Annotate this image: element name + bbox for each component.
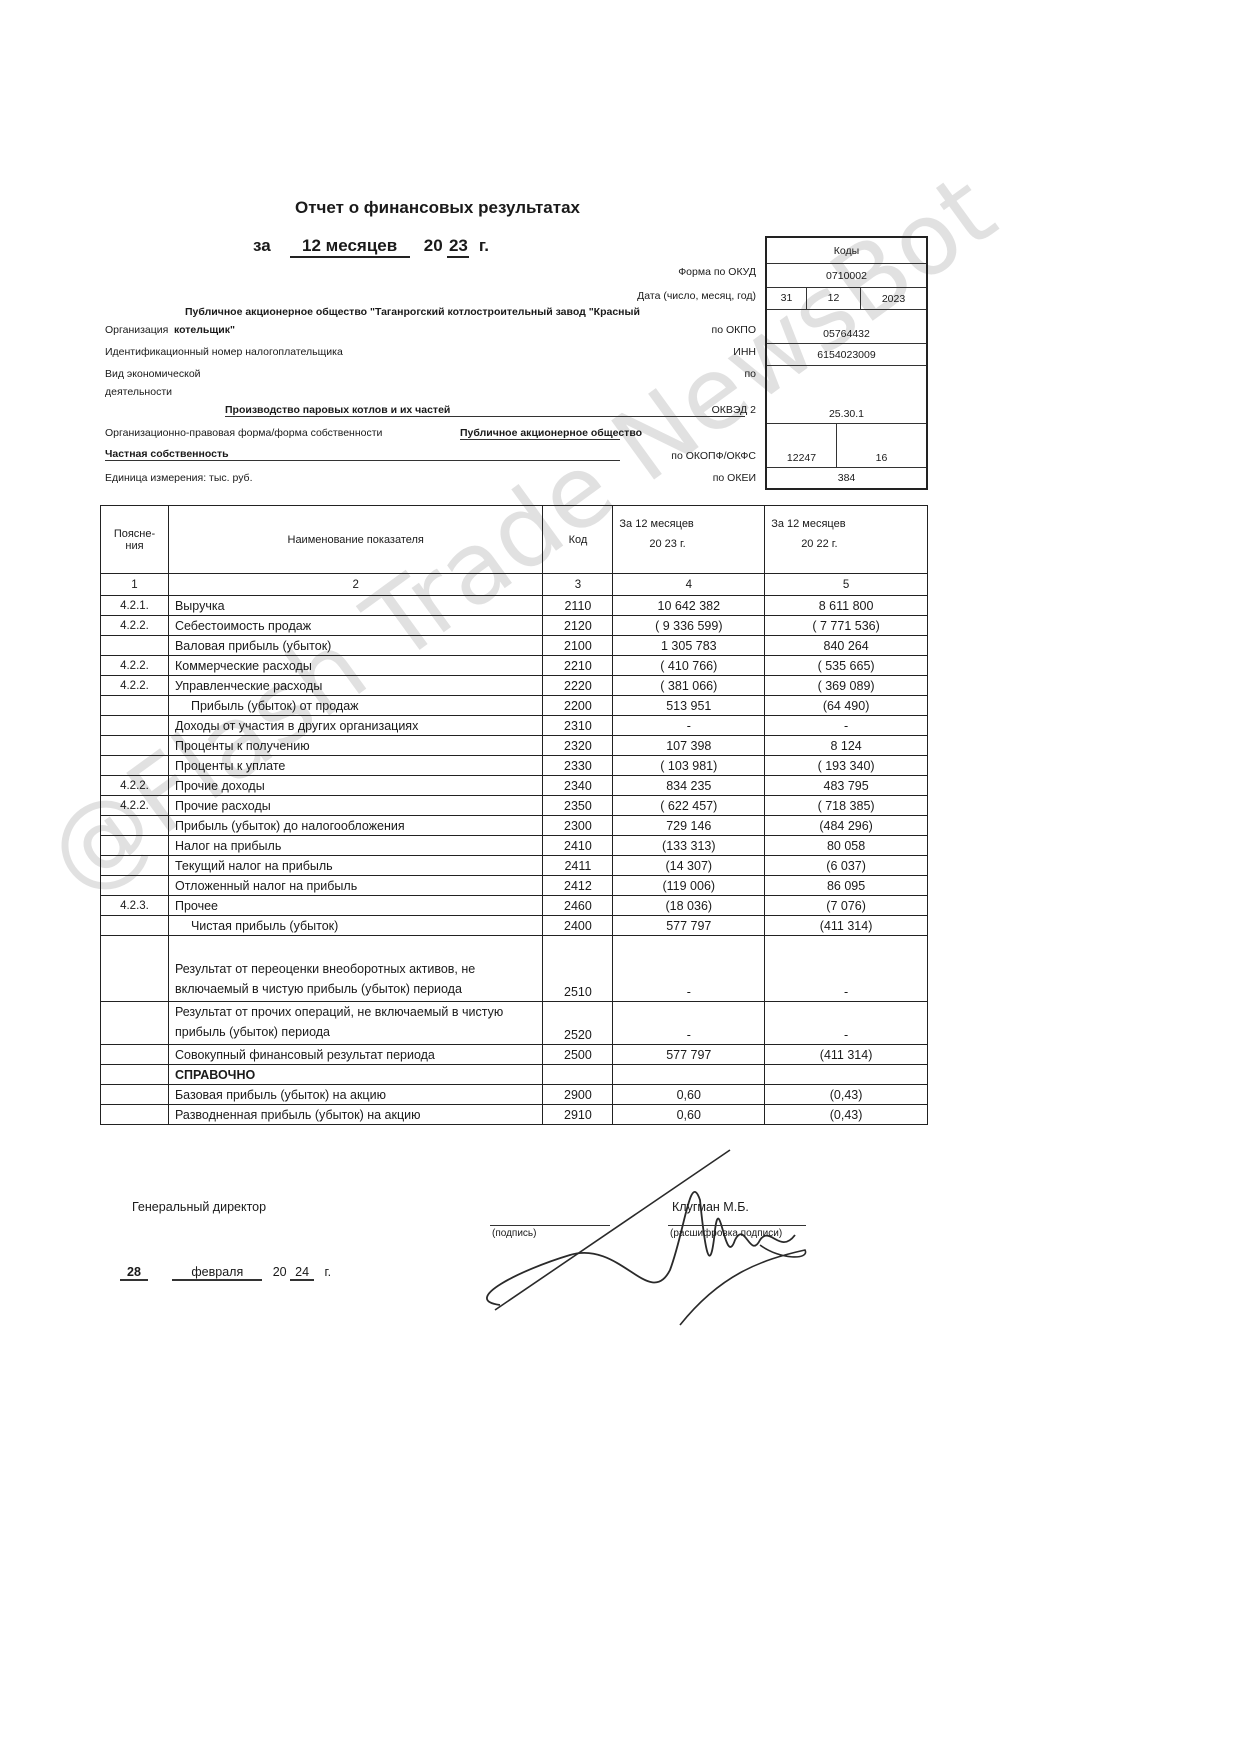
- legal-form-label: Организационно-правовая форма/форма собс…: [105, 427, 382, 439]
- table-row: Проценты к уплате2330( 103 981)( 193 340…: [101, 756, 928, 776]
- name-caption: (расшифровка подписи): [670, 1228, 782, 1239]
- signature-scribble: [400, 1110, 820, 1330]
- activity-label-2: деятельности: [105, 386, 172, 398]
- row-previous-value: ( 7 771 536): [765, 616, 928, 636]
- row-note: 4.2.2.: [101, 676, 169, 696]
- row-note: [101, 876, 169, 896]
- row-current-value: 577 797: [613, 1045, 765, 1065]
- row-name: Управленческие расходы: [168, 676, 542, 696]
- okud-code: 0710002: [826, 270, 867, 282]
- row-name: Отложенный налог на прибыль: [168, 876, 542, 896]
- header-previous-line1: За 12 месяцев: [771, 514, 921, 534]
- signer-position: Генеральный директор: [132, 1200, 266, 1214]
- row-note: [101, 756, 169, 776]
- row-current-value: 577 797: [613, 916, 765, 936]
- row-code: [543, 1065, 613, 1085]
- date-month: 12: [807, 288, 861, 309]
- table-row: Доходы от участия в других организациях2…: [101, 716, 928, 736]
- table-row: 4.2.2.Управленческие расходы2220( 381 06…: [101, 676, 928, 696]
- row-note: 4.2.2.: [101, 796, 169, 816]
- inn-code: 6154023009: [817, 349, 875, 361]
- row-previous-value: 80 058: [765, 836, 928, 856]
- row-current-value: 513 951: [613, 696, 765, 716]
- row-note: [101, 696, 169, 716]
- table-row: 4.2.3.Прочее2460(18 036)(7 076): [101, 896, 928, 916]
- period-prefix: за: [253, 236, 271, 255]
- row-previous-value: [765, 1065, 928, 1085]
- header-note: Поясне-ния: [101, 506, 169, 574]
- table-row: Проценты к получению2320107 3988 124: [101, 736, 928, 756]
- row-code: 2320: [543, 736, 613, 756]
- col-number: 4: [613, 574, 765, 596]
- row-previous-value: (484 296): [765, 816, 928, 836]
- row-current-value: [613, 1065, 765, 1085]
- row-code: 2210: [543, 656, 613, 676]
- table-row: Результат от переоценки внеоборотных акт…: [101, 936, 928, 1002]
- table-row: Базовая прибыль (убыток) на акцию29000,6…: [101, 1085, 928, 1105]
- table-row: 4.2.2.Себестоимость продаж2120( 9 336 59…: [101, 616, 928, 636]
- row-previous-value: 483 795: [765, 776, 928, 796]
- period-century: 20: [424, 236, 443, 255]
- row-note: [101, 856, 169, 876]
- activity-po-label: по: [744, 368, 756, 380]
- table-row: Чистая прибыль (убыток)2400577 797(411 3…: [101, 916, 928, 936]
- table-row: Прибыль (убыток) от продаж2200513 951(64…: [101, 696, 928, 716]
- row-name: Прочие расходы: [168, 796, 542, 816]
- row-code: 2520: [543, 1002, 613, 1045]
- row-name: Прибыль (убыток) от продаж: [168, 696, 542, 716]
- okei-code: 384: [838, 472, 856, 484]
- row-current-value: -: [613, 716, 765, 736]
- row-code: 2411: [543, 856, 613, 876]
- table-row: Отложенный налог на прибыль2412(119 006)…: [101, 876, 928, 896]
- date-day: 31: [767, 288, 807, 309]
- row-current-value: ( 622 457): [613, 796, 765, 816]
- period-suffix: г.: [479, 236, 489, 255]
- row-name: Выручка: [168, 596, 542, 616]
- row-name: Прибыль (убыток) до налогообложения: [168, 816, 542, 836]
- report-period: за 12 месяцев 20 23 г.: [253, 236, 489, 258]
- row-previous-value: ( 369 089): [765, 676, 928, 696]
- row-code: 2340: [543, 776, 613, 796]
- row-current-value: 107 398: [613, 736, 765, 756]
- row-current-value: (133 313): [613, 836, 765, 856]
- header-current-line1: За 12 месяцев: [619, 514, 758, 534]
- row-current-value: ( 381 066): [613, 676, 765, 696]
- row-note: [101, 1002, 169, 1045]
- row-previous-value: (411 314): [765, 1045, 928, 1065]
- unit-label: Единица измерения: тыс. руб.: [105, 472, 253, 484]
- row-code: 2400: [543, 916, 613, 936]
- row-name: Текущий налог на прибыль: [168, 856, 542, 876]
- okfs-code: 16: [837, 424, 926, 467]
- row-code: 2350: [543, 796, 613, 816]
- col-number: 5: [765, 574, 928, 596]
- financial-results-table: Поясне-ния Наименование показателя Код З…: [100, 505, 928, 1125]
- row-code: 2120: [543, 616, 613, 636]
- row-code: 2300: [543, 816, 613, 836]
- row-note: [101, 816, 169, 836]
- header-name: Наименование показателя: [168, 506, 542, 574]
- row-code: 2110: [543, 596, 613, 616]
- row-code: 2510: [543, 936, 613, 1002]
- row-previous-value: 840 264: [765, 636, 928, 656]
- row-note: [101, 1085, 169, 1105]
- okud-label: Форма по ОКУД: [678, 266, 756, 278]
- row-current-value: (119 006): [613, 876, 765, 896]
- row-code: 2412: [543, 876, 613, 896]
- table-row: 4.2.2.Коммерческие расходы2210( 410 766)…: [101, 656, 928, 676]
- sign-date-century: 20: [273, 1265, 287, 1279]
- row-previous-value: 8 611 800: [765, 596, 928, 616]
- row-code: 2900: [543, 1085, 613, 1105]
- row-previous-value: ( 193 340): [765, 756, 928, 776]
- okopf-code: 12247: [767, 424, 837, 467]
- table-row: Результат от прочих операций, не включае…: [101, 1002, 928, 1045]
- row-name: Проценты к уплате: [168, 756, 542, 776]
- table-row: 4.2.1.Выручка211010 642 3828 611 800: [101, 596, 928, 616]
- header-current-line2: 20 23 г.: [619, 534, 758, 554]
- row-name: Прочее: [168, 896, 542, 916]
- row-previous-value: 86 095: [765, 876, 928, 896]
- row-note: [101, 1105, 169, 1125]
- col-number: 1: [101, 574, 169, 596]
- row-current-value: 834 235: [613, 776, 765, 796]
- table-row: 4.2.2.Прочие доходы2340834 235483 795: [101, 776, 928, 796]
- row-current-value: ( 103 981): [613, 756, 765, 776]
- row-current-value: 729 146: [613, 816, 765, 836]
- row-current-value: (14 307): [613, 856, 765, 876]
- table-row: Налог на прибыль2410(133 313)80 058: [101, 836, 928, 856]
- col-number: 3: [543, 574, 613, 596]
- sign-date-day: 28: [120, 1265, 148, 1281]
- okved-label: ОКВЭД 2: [712, 404, 756, 416]
- row-code: 2500: [543, 1045, 613, 1065]
- row-note: [101, 736, 169, 756]
- row-note: [101, 1045, 169, 1065]
- header-previous-period: За 12 месяцев 20 22 г.: [765, 506, 928, 574]
- okopf-label: по ОКОПФ/ОКФС: [671, 450, 756, 462]
- row-name: Валовая прибыль (убыток): [168, 636, 542, 656]
- row-note: [101, 936, 169, 1002]
- activity-label-1: Вид экономической: [105, 368, 201, 380]
- row-name: Себестоимость продаж: [168, 616, 542, 636]
- table-row: Совокупный финансовый результат периода2…: [101, 1045, 928, 1065]
- row-code: 2100: [543, 636, 613, 656]
- row-name: Коммерческие расходы: [168, 656, 542, 676]
- activity-value: Производство паровых котлов и их частей: [225, 404, 745, 417]
- org-name-line2: котельщик": [174, 324, 235, 336]
- period-year: 23: [447, 236, 469, 258]
- inn-label: ИНН: [733, 346, 756, 358]
- row-current-value: ( 410 766): [613, 656, 765, 676]
- row-name: Базовая прибыль (убыток) на акцию: [168, 1085, 542, 1105]
- okpo-code: 05764432: [823, 328, 870, 340]
- row-current-value: 1 305 783: [613, 636, 765, 656]
- row-current-value: 10 642 382: [613, 596, 765, 616]
- row-code: 2460: [543, 896, 613, 916]
- table-header-row: Поясне-ния Наименование показателя Код З…: [101, 506, 928, 574]
- date-year: 2023: [861, 289, 926, 309]
- signature-line: [490, 1225, 610, 1226]
- row-previous-value: ( 535 665): [765, 656, 928, 676]
- codes-title: Коды: [834, 245, 859, 257]
- signature-date: 28 февраля 20 24 г.: [120, 1265, 331, 1281]
- row-current-value: (18 036): [613, 896, 765, 916]
- header-code: Код: [543, 506, 613, 574]
- sign-date-year: 24: [290, 1265, 314, 1281]
- row-note: 4.2.1.: [101, 596, 169, 616]
- row-note: [101, 1065, 169, 1085]
- legal-form-value: Публичное акционерное общество: [460, 427, 620, 440]
- column-numbers-row: 1 2 3 4 5: [101, 574, 928, 596]
- table-row: СПРАВОЧНО: [101, 1065, 928, 1085]
- row-note: 4.2.2.: [101, 656, 169, 676]
- signature-caption: (подпись): [492, 1228, 536, 1239]
- row-code: 2330: [543, 756, 613, 776]
- table-row: Прибыль (убыток) до налогообложения23007…: [101, 816, 928, 836]
- org-label: Организация: [105, 324, 168, 336]
- row-code: 2200: [543, 696, 613, 716]
- okved-code: 25.30.1: [829, 408, 864, 420]
- okei-label: по ОКЕИ: [713, 472, 756, 484]
- row-note: 4.2.3.: [101, 896, 169, 916]
- row-current-value: ( 9 336 599): [613, 616, 765, 636]
- col-number: 2: [168, 574, 542, 596]
- row-note: [101, 636, 169, 656]
- period-months: 12 месяцев: [290, 236, 410, 258]
- row-previous-value: (0,43): [765, 1085, 928, 1105]
- row-previous-value: (411 314): [765, 916, 928, 936]
- inn-full-label: Идентификационный номер налогоплательщик…: [105, 346, 343, 358]
- row-previous-value: (64 490): [765, 696, 928, 716]
- okpo-label: по ОКПО: [712, 324, 756, 336]
- header-previous-line2: 20 22 г.: [771, 534, 921, 554]
- row-name: Совокупный финансовый результат периода: [168, 1045, 542, 1065]
- row-note: [101, 716, 169, 736]
- row-name: Результат от переоценки внеоборотных акт…: [168, 936, 542, 1002]
- sign-date-suffix: г.: [325, 1265, 332, 1279]
- row-code: 2220: [543, 676, 613, 696]
- row-current-value: 0,60: [613, 1085, 765, 1105]
- table-row: 4.2.2.Прочие расходы2350( 622 457)( 718 …: [101, 796, 928, 816]
- row-note: [101, 916, 169, 936]
- row-current-value: -: [613, 936, 765, 1002]
- row-previous-value: ( 718 385): [765, 796, 928, 816]
- row-previous-value: -: [765, 1002, 928, 1045]
- header-current-period: За 12 месяцев 20 23 г.: [613, 506, 765, 574]
- table-row: Текущий налог на прибыль2411(14 307)(6 0…: [101, 856, 928, 876]
- row-name: СПРАВОЧНО: [168, 1065, 542, 1085]
- row-name: Результат от прочих операций, не включае…: [168, 1002, 542, 1045]
- row-name: Чистая прибыль (убыток): [168, 916, 542, 936]
- row-code: 2410: [543, 836, 613, 856]
- row-previous-value: (6 037): [765, 856, 928, 876]
- row-note: 4.2.2.: [101, 616, 169, 636]
- codes-box: Коды 0710002 31 12 2023 05764432 6154023…: [765, 236, 928, 490]
- row-name: Проценты к получению: [168, 736, 542, 756]
- row-current-value: -: [613, 1002, 765, 1045]
- row-name: Прочие доходы: [168, 776, 542, 796]
- org-name-line1: Публичное акционерное общество "Таганрог…: [185, 306, 640, 318]
- row-note: [101, 836, 169, 856]
- row-name: Налог на прибыль: [168, 836, 542, 856]
- row-note: 4.2.2.: [101, 776, 169, 796]
- row-previous-value: 8 124: [765, 736, 928, 756]
- name-line: [668, 1225, 806, 1226]
- row-previous-value: -: [765, 716, 928, 736]
- row-previous-value: -: [765, 936, 928, 1002]
- date-label: Дата (число, месяц, год): [637, 290, 756, 302]
- row-previous-value: (7 076): [765, 896, 928, 916]
- ownership-value: Частная собственность: [105, 448, 620, 461]
- signer-name: Клугман М.Б.: [672, 1200, 749, 1214]
- row-name: Доходы от участия в других организациях: [168, 716, 542, 736]
- table-row: Валовая прибыль (убыток)21001 305 783840…: [101, 636, 928, 656]
- document-title: Отчет о финансовых результатах: [0, 198, 875, 218]
- row-code: 2310: [543, 716, 613, 736]
- sign-date-month: февраля: [172, 1265, 262, 1281]
